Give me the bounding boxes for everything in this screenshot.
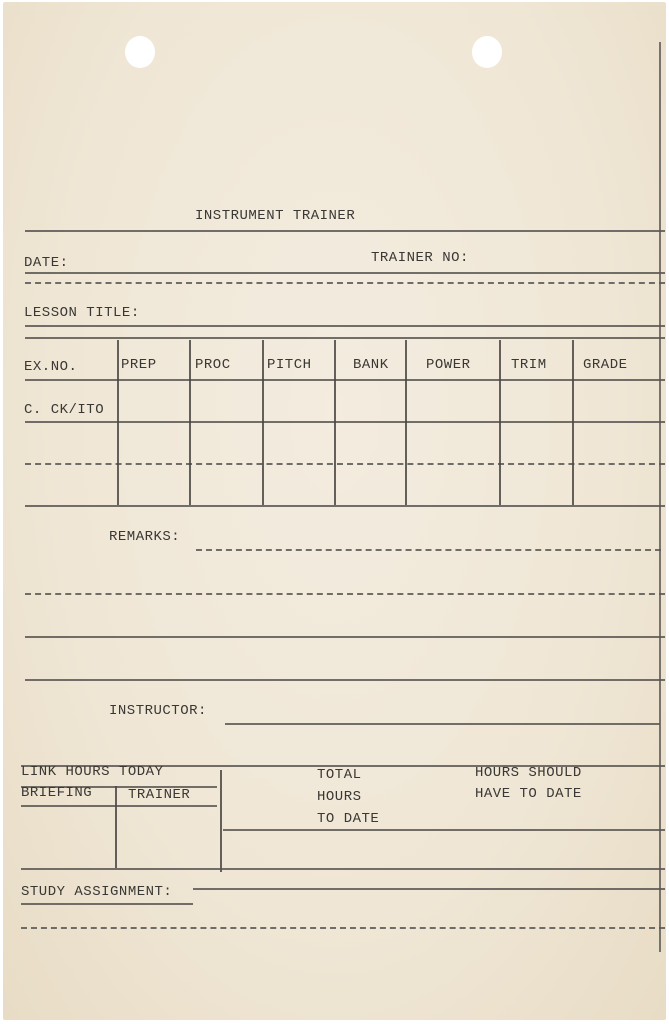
remarks-line[interactable] xyxy=(25,636,665,638)
trainer-label: TRAINER xyxy=(128,787,190,803)
date-line[interactable] xyxy=(25,272,665,274)
remarks-line[interactable] xyxy=(25,593,665,595)
lesson-title-label: LESSON TITLE: xyxy=(24,305,140,321)
grid-row-line xyxy=(25,421,665,423)
divider xyxy=(25,282,665,284)
hours-col-line xyxy=(220,770,222,872)
total-hours-label-2: HOURS xyxy=(317,789,362,805)
grid-col-line xyxy=(572,340,574,505)
instructor-label: INSTRUCTOR: xyxy=(109,703,207,719)
col-header-trim: TRIM xyxy=(511,357,547,373)
total-hours-label-1: TOTAL xyxy=(317,767,362,783)
divider xyxy=(223,829,665,831)
divider xyxy=(25,230,665,232)
hours-bottom-line xyxy=(21,868,665,870)
col-header-proc: PROC xyxy=(195,357,231,373)
col-header-pitch: PITCH xyxy=(267,357,312,373)
total-hours-label-3: TO DATE xyxy=(317,811,379,827)
grid-bottom-line xyxy=(25,505,665,507)
trainer-no-label: TRAINER NO: xyxy=(371,250,469,266)
grid-top-line xyxy=(25,337,665,339)
grid-row-line xyxy=(25,463,665,465)
grid-col-line xyxy=(334,340,336,505)
date-label: DATE: xyxy=(24,255,69,271)
col-header-power: POWER xyxy=(426,357,471,373)
hours-col-line xyxy=(115,786,117,868)
right-edge-line xyxy=(659,42,661,952)
study-assignment-line[interactable] xyxy=(21,927,665,929)
grid-col-line xyxy=(189,340,191,505)
study-assignment-line[interactable] xyxy=(193,888,665,890)
study-assignment-underline xyxy=(21,903,193,905)
grid-col-line xyxy=(262,340,264,505)
col-header-grade: GRADE xyxy=(583,357,628,373)
lesson-title-line[interactable] xyxy=(25,325,665,327)
form-title: INSTRUMENT TRAINER xyxy=(195,208,355,224)
hours-should-label-1: HOURS SHOULD xyxy=(475,765,582,781)
instructor-line[interactable] xyxy=(225,723,660,725)
remarks-line[interactable] xyxy=(25,679,665,681)
grid-col-line xyxy=(117,340,119,505)
remarks-line[interactable] xyxy=(196,549,661,551)
grid-col-line xyxy=(499,340,501,505)
punch-hole-right xyxy=(472,36,502,68)
study-assignment-label: STUDY ASSIGNMENT: xyxy=(21,884,172,900)
col-header-bank: BANK xyxy=(353,357,389,373)
grid-row-line xyxy=(25,379,665,381)
punch-hole-left xyxy=(125,36,155,68)
briefing-label: BRIEFING xyxy=(21,785,92,801)
col-header-ex-no: EX.NO. xyxy=(24,359,77,375)
grid-col-line xyxy=(405,340,407,505)
hours-should-label-2: HAVE TO DATE xyxy=(475,786,582,802)
grid-cell-ex-no: C. CK/ITO xyxy=(24,402,104,418)
link-hours-today-label: LINK HOURS TODAY xyxy=(21,764,163,780)
form-card: INSTRUMENT TRAINER DATE: TRAINER NO: LES… xyxy=(3,2,666,1020)
col-header-prep: PREP xyxy=(121,357,157,373)
divider xyxy=(21,805,217,807)
remarks-label: REMARKS: xyxy=(109,529,180,545)
